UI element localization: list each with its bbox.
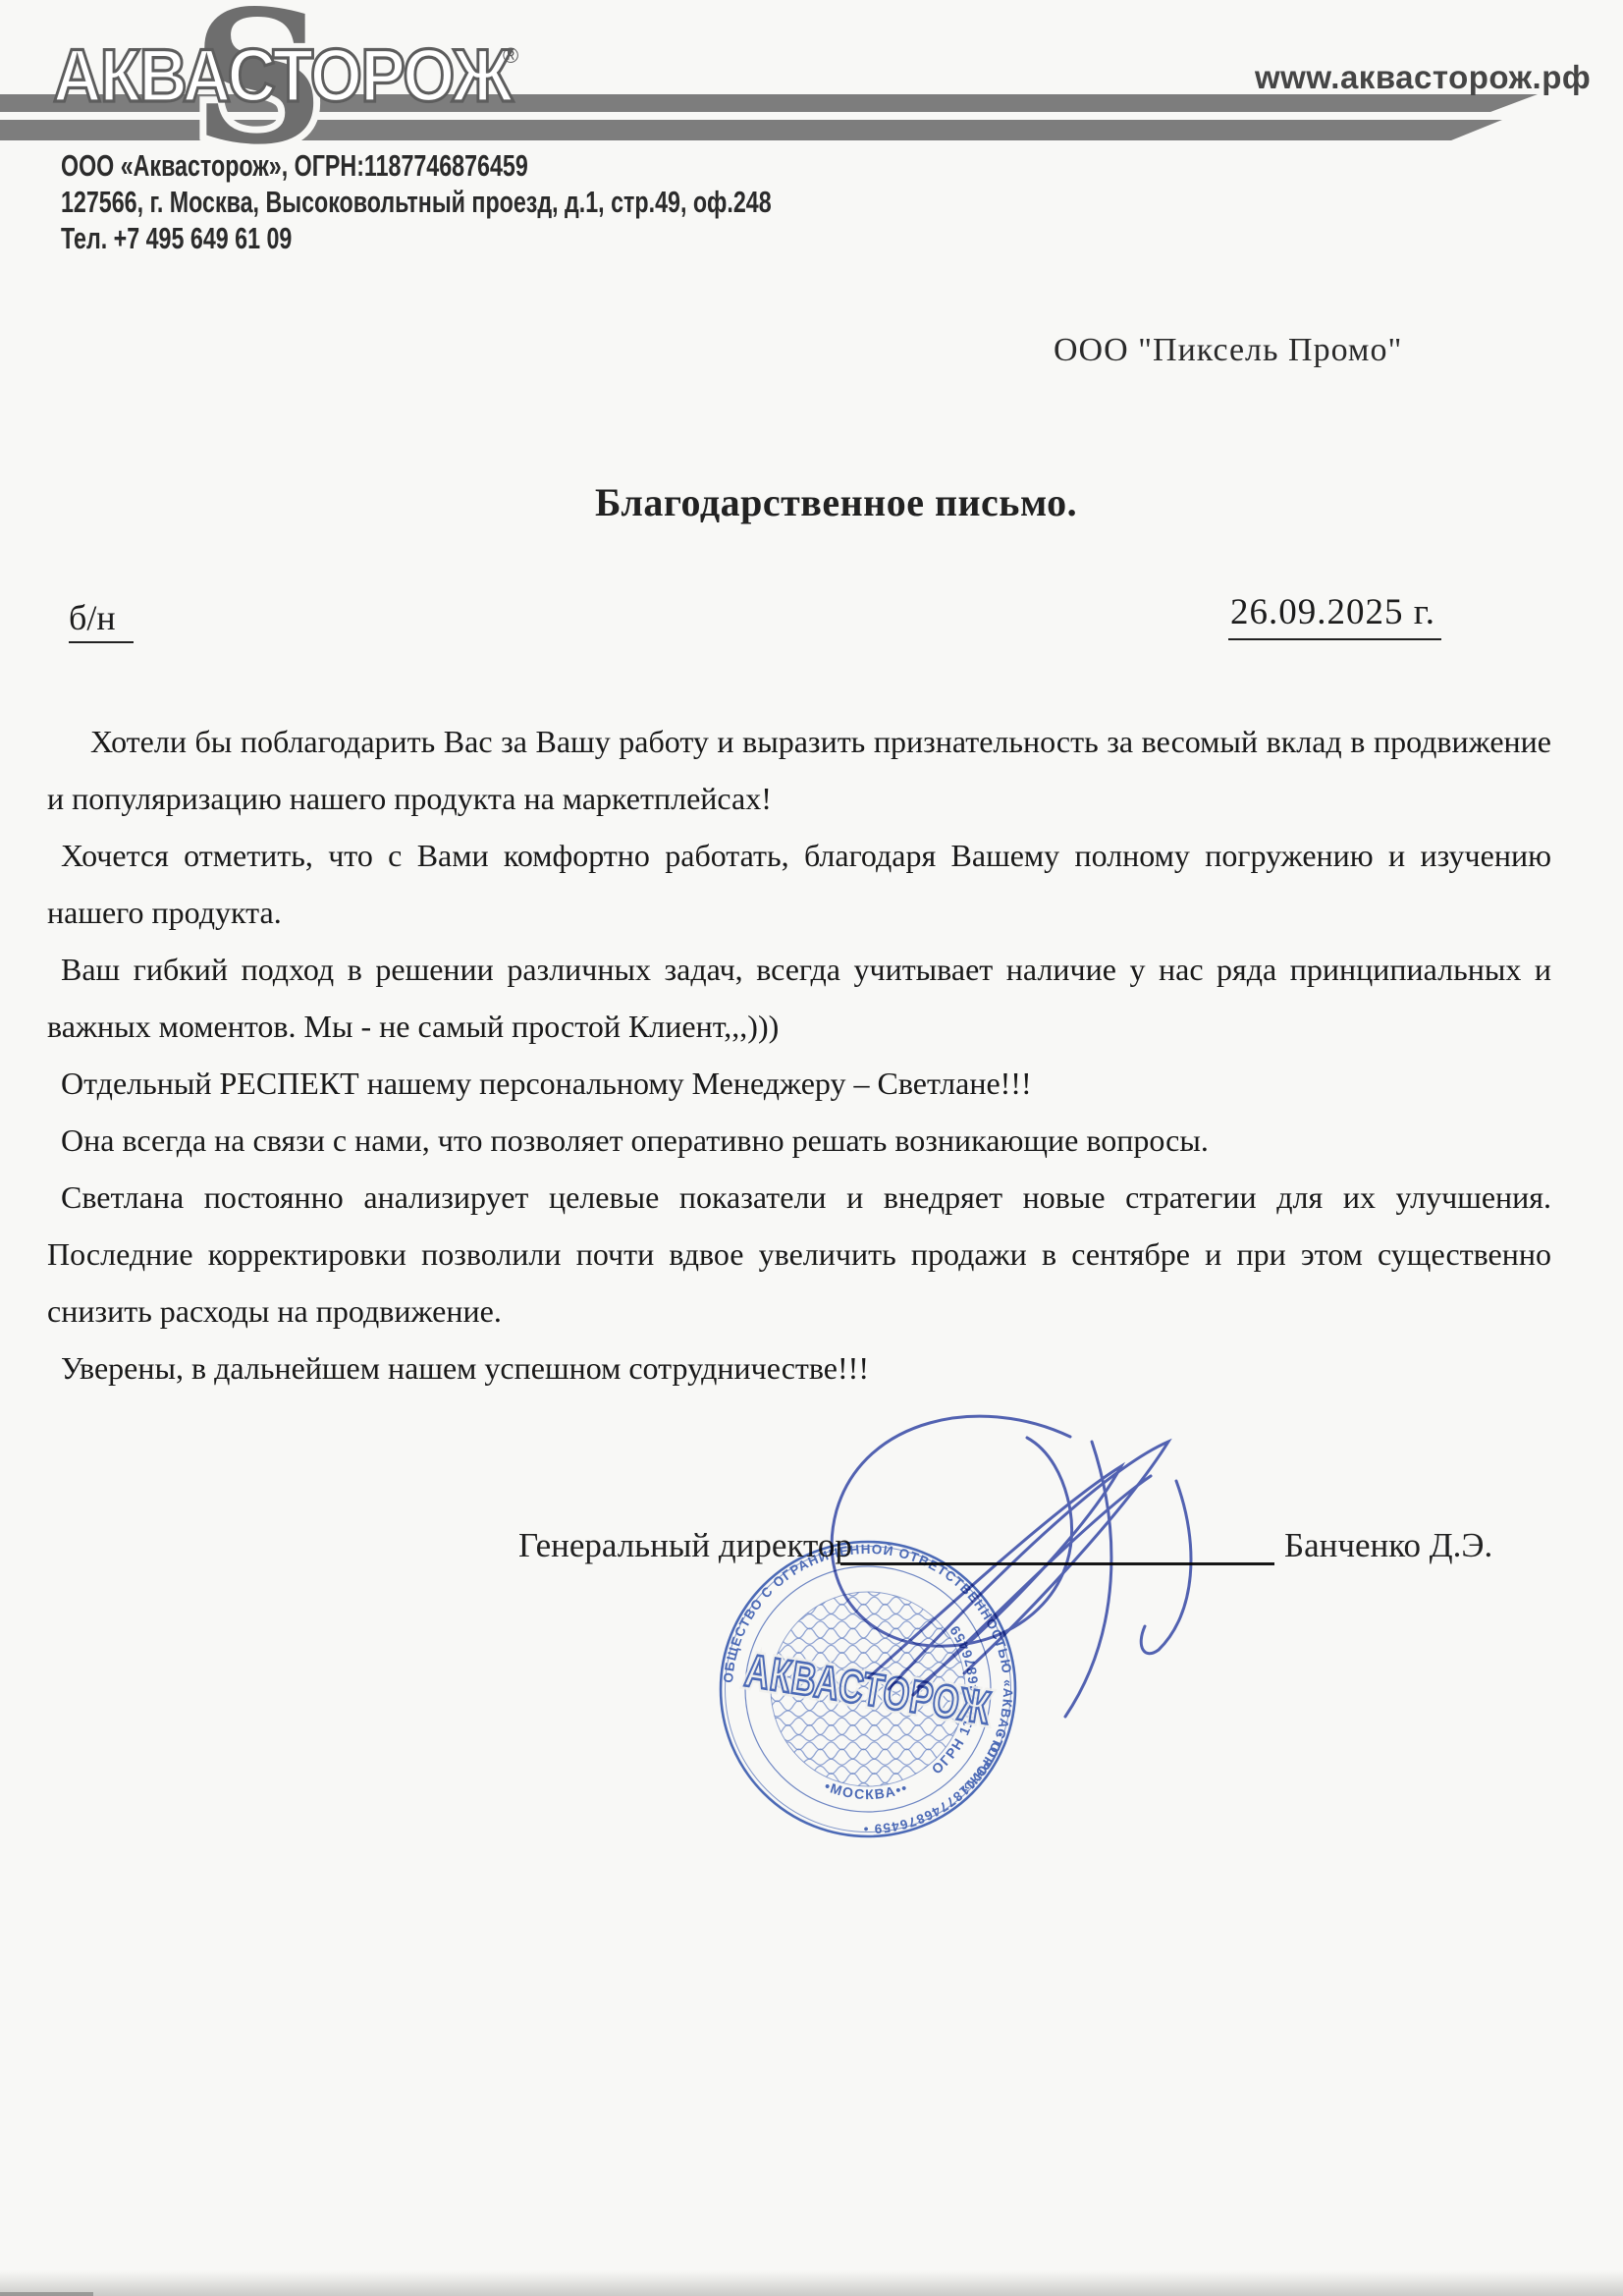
registered-trademark-icon: ® xyxy=(503,43,518,69)
body-paragraph: Ваш гибкий подход в решении различных за… xyxy=(47,941,1551,1055)
signature-hook xyxy=(1141,1481,1191,1654)
body-paragraph: Отдельный РЕСПЕКТ нашему персональному М… xyxy=(47,1055,1551,1112)
body-paragraph: Хотели бы поблагодарить Вас за Вашу рабо… xyxy=(47,713,1551,827)
company-org-line: ООО «Аквасторож», ОГРН:1187746876459 xyxy=(61,147,772,184)
company-website: www.аквасторож.рф xyxy=(1255,59,1591,96)
letter-title: Благодарственное письмо. xyxy=(595,479,1077,525)
company-phone-line: Тел. +7 495 649 61 09 xyxy=(61,220,772,256)
body-paragraph: Светлана постоянно анализирует целевые п… xyxy=(47,1169,1551,1339)
handwritten-signature xyxy=(776,1383,1213,1722)
signer-name: Банченко Д.Э. xyxy=(1284,1526,1492,1565)
recipient: ООО "Пиксель Промо" xyxy=(1054,332,1402,369)
body-paragraph: Она всегда на связи с нами, что позволяе… xyxy=(47,1112,1551,1169)
company-logo: АКВАСТОРОЖ xyxy=(53,39,512,114)
scan-edge-shadow xyxy=(0,2270,1623,2296)
letter-page: S S АКВАСТОРОЖ ® www.аквасторож.рф ООО «… xyxy=(0,0,1623,2296)
signature-stroke xyxy=(889,1442,1168,1689)
signature-stroke xyxy=(1065,1442,1111,1717)
letter-body: Хотели бы поблагодарить Вас за Вашу рабо… xyxy=(47,713,1551,1396)
body-paragraph: Хочется отметить, что с Вами комфортно р… xyxy=(47,827,1551,941)
scan-corner-mark xyxy=(0,2292,93,2296)
document-number: б/н xyxy=(69,597,134,643)
company-requisites: ООО «Аквасторож», ОГРН:1187746876459 127… xyxy=(61,147,772,256)
document-date: 26.09.2025 г. xyxy=(1228,591,1441,640)
company-address-line: 127566, г. Москва, Высоковольтный проезд… xyxy=(61,184,772,220)
